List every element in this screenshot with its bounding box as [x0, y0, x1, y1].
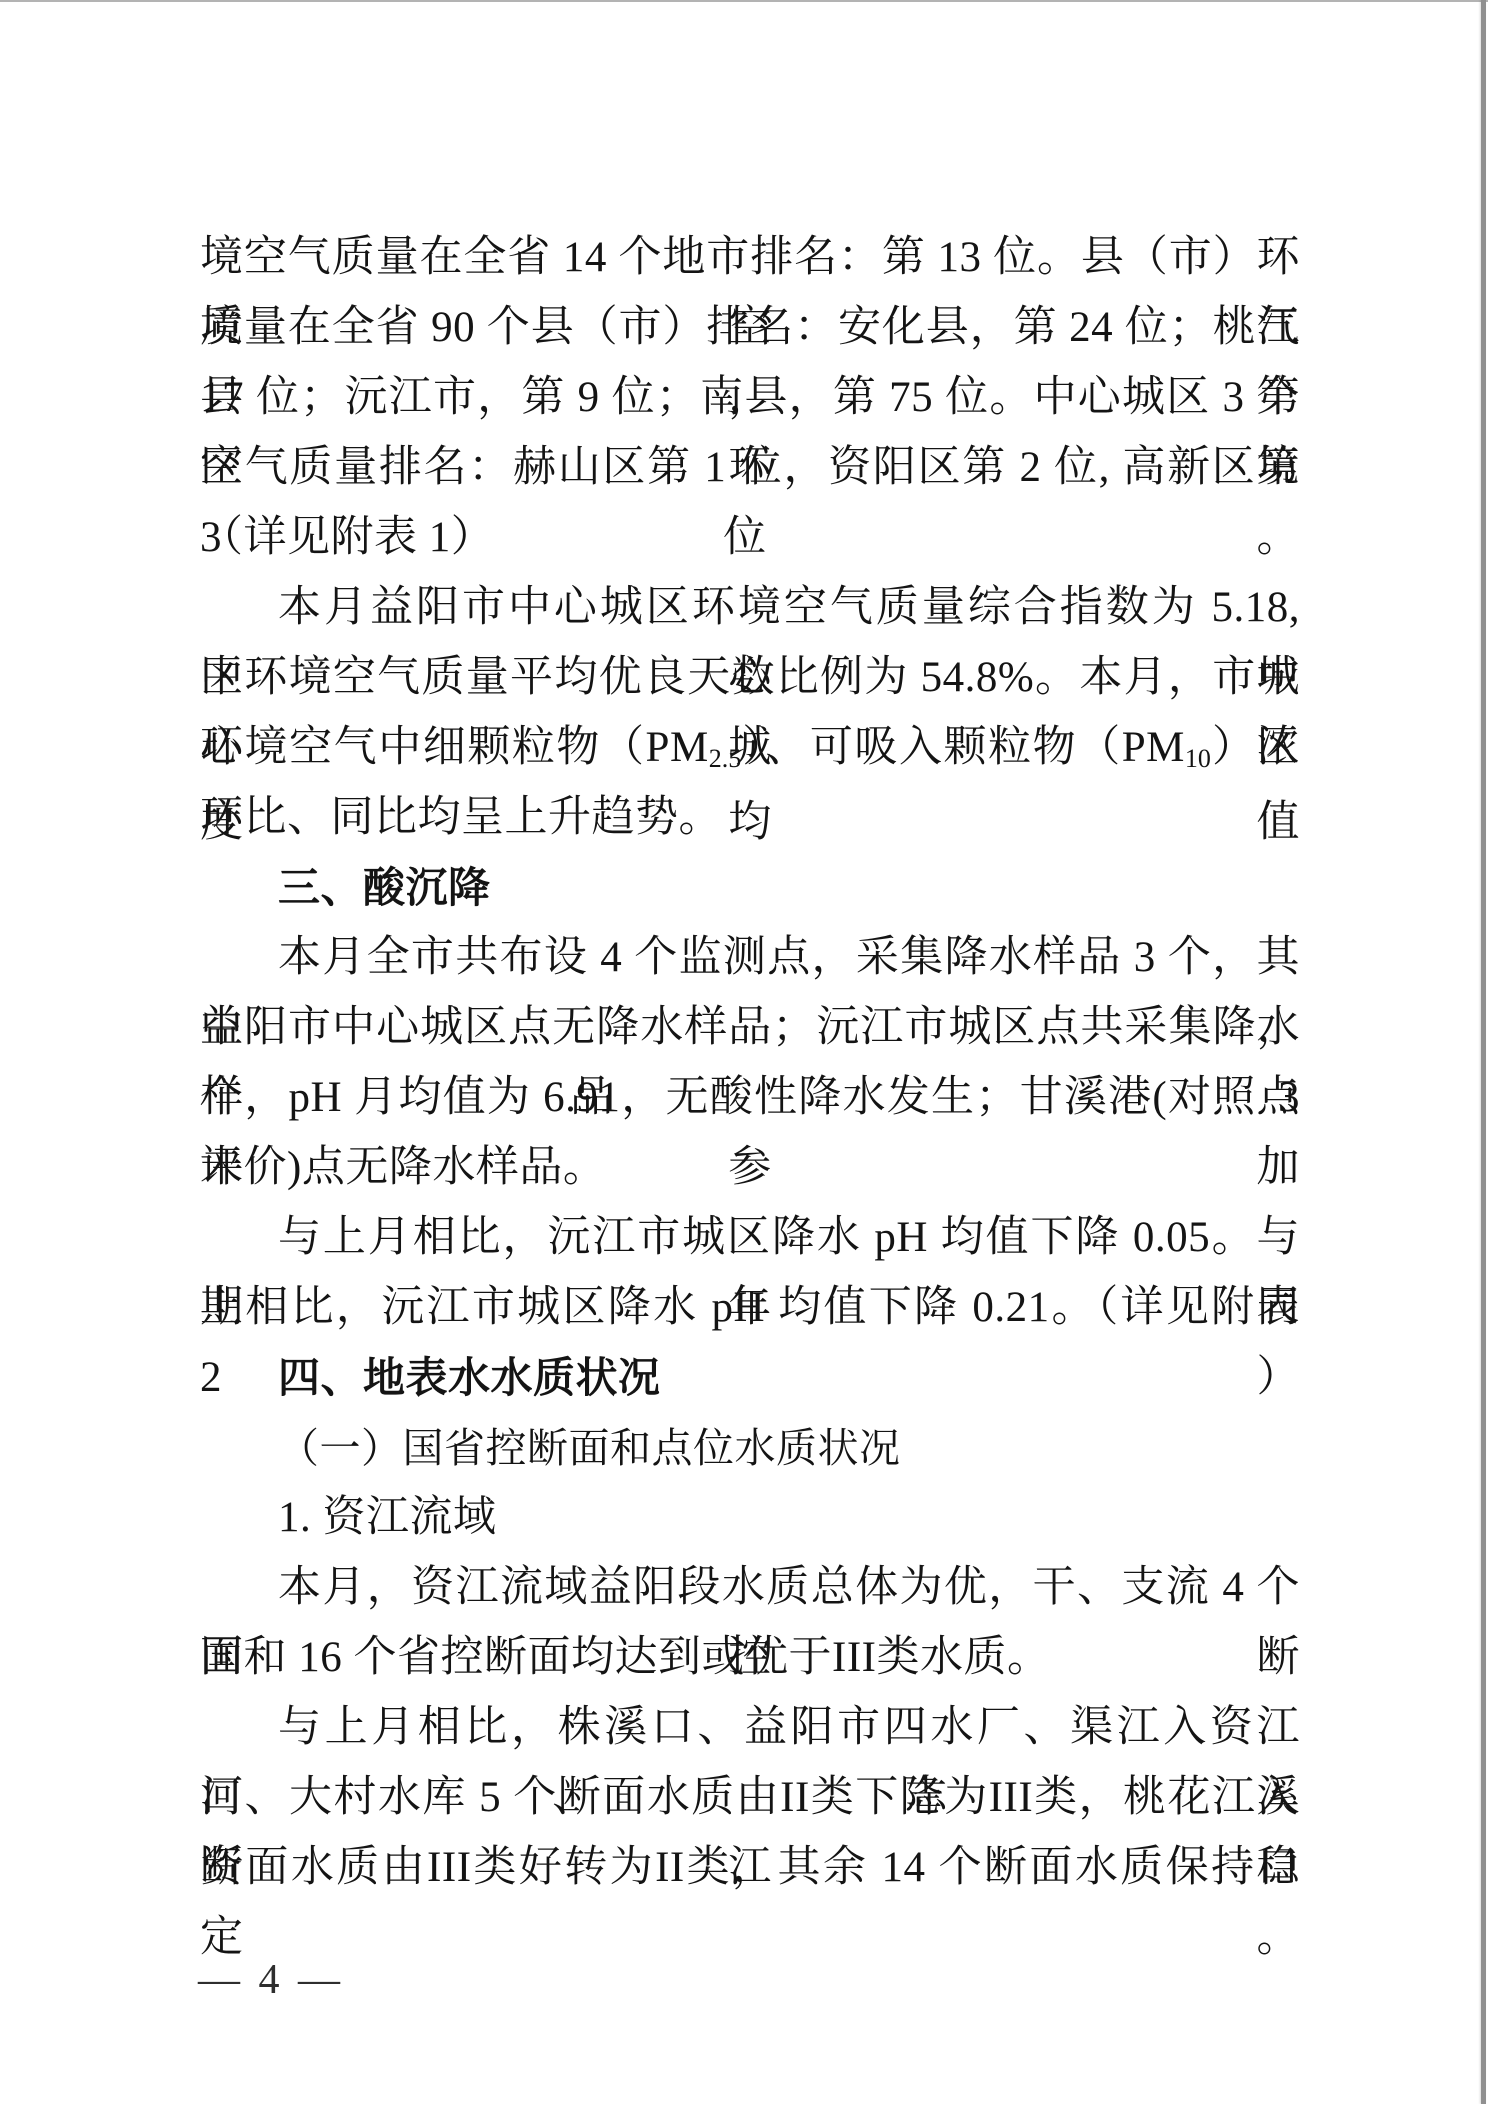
- text-line: 期相比，沅江市城区降水 pH 均值下降 0.21。（详见附表 2）: [200, 1273, 1300, 1343]
- text-line-pm: 环境空气中细颗粒物（PM2.5）、可吸入颗粒物（PM10）浓度均值: [200, 713, 1300, 783]
- pm-line-prefix: 环境空气中细颗粒物（PM: [200, 724, 709, 771]
- subsection-heading: （一）国省控断面和点位水质状况: [200, 1413, 1300, 1483]
- text-line: 益阳市中心城区点无降水样品；沅江市城区点共采集降水样品 3: [200, 993, 1300, 1063]
- text-line: 与上月相比，沅江市城区降水 pH 均值下降 0.05。与上年同: [200, 1203, 1300, 1273]
- text-line: 本月全市共布设 4 个监测点，采集降水样品 3 个，其中，: [200, 923, 1300, 993]
- subsection-item-heading: 1. 资江流域: [200, 1483, 1300, 1553]
- pm-line-middle: ）、可吸入颗粒物（PM: [741, 724, 1185, 771]
- page-body: 境空气质量在全省 14 个地市排名：第 13 位。县（市）环境空气 质量在全省 …: [200, 223, 1300, 1903]
- text-line: 河、大村水库 5 个断面水质由II类下降为III类，桃花江入资江口: [200, 1763, 1300, 1833]
- text-line: 区环境空气质量平均优良天数比例为 54.8%。本月，市中心城区: [200, 643, 1300, 713]
- text-line: 空气质量排名：赫山区第 1 位，资阳区第 2 位, 高新区第 3 位。: [200, 433, 1300, 503]
- page-number: — 4 —: [198, 1945, 344, 2015]
- text-line: 本月，资江流域益阳段水质总体为优，干、支流 4 个国控断: [200, 1553, 1300, 1623]
- text-line: 质量在全省 90 个县（市）排名：安化县，第 24 位；桃江县，第: [200, 293, 1300, 363]
- text-line: 17 位；沅江市，第 9 位；南县，第 75 位。中心城区 3 个区环境: [200, 363, 1300, 433]
- text-line: 本月益阳市中心城区环境空气质量综合指数为 5.18, 中心城: [200, 573, 1300, 643]
- section-heading-acid-deposition: 三、酸沉降: [200, 853, 1300, 923]
- pm10-subscript: 10: [1185, 744, 1211, 773]
- scan-edge-shadow: [1481, 0, 1486, 2104]
- pm25-subscript: 2.5: [709, 744, 742, 773]
- text-line: 个，pH 月均值为 6.91，无酸性降水发生；甘溪港(对照点未参加: [200, 1063, 1300, 1133]
- scan-top-shadow: [0, 0, 1488, 2]
- document-page: { "page": { "background": "#ffffff", "ed…: [0, 0, 1488, 2104]
- text-line: 境空气质量在全省 14 个地市排名：第 13 位。县（市）环境空气: [200, 223, 1300, 293]
- text-line: 与上月相比，株溪口、益阳市四水厂、渠江入资江口、志溪: [200, 1693, 1300, 1763]
- text-line: 断面水质由III类好转为II类，其余 14 个断面水质保持稳定。: [200, 1833, 1300, 1903]
